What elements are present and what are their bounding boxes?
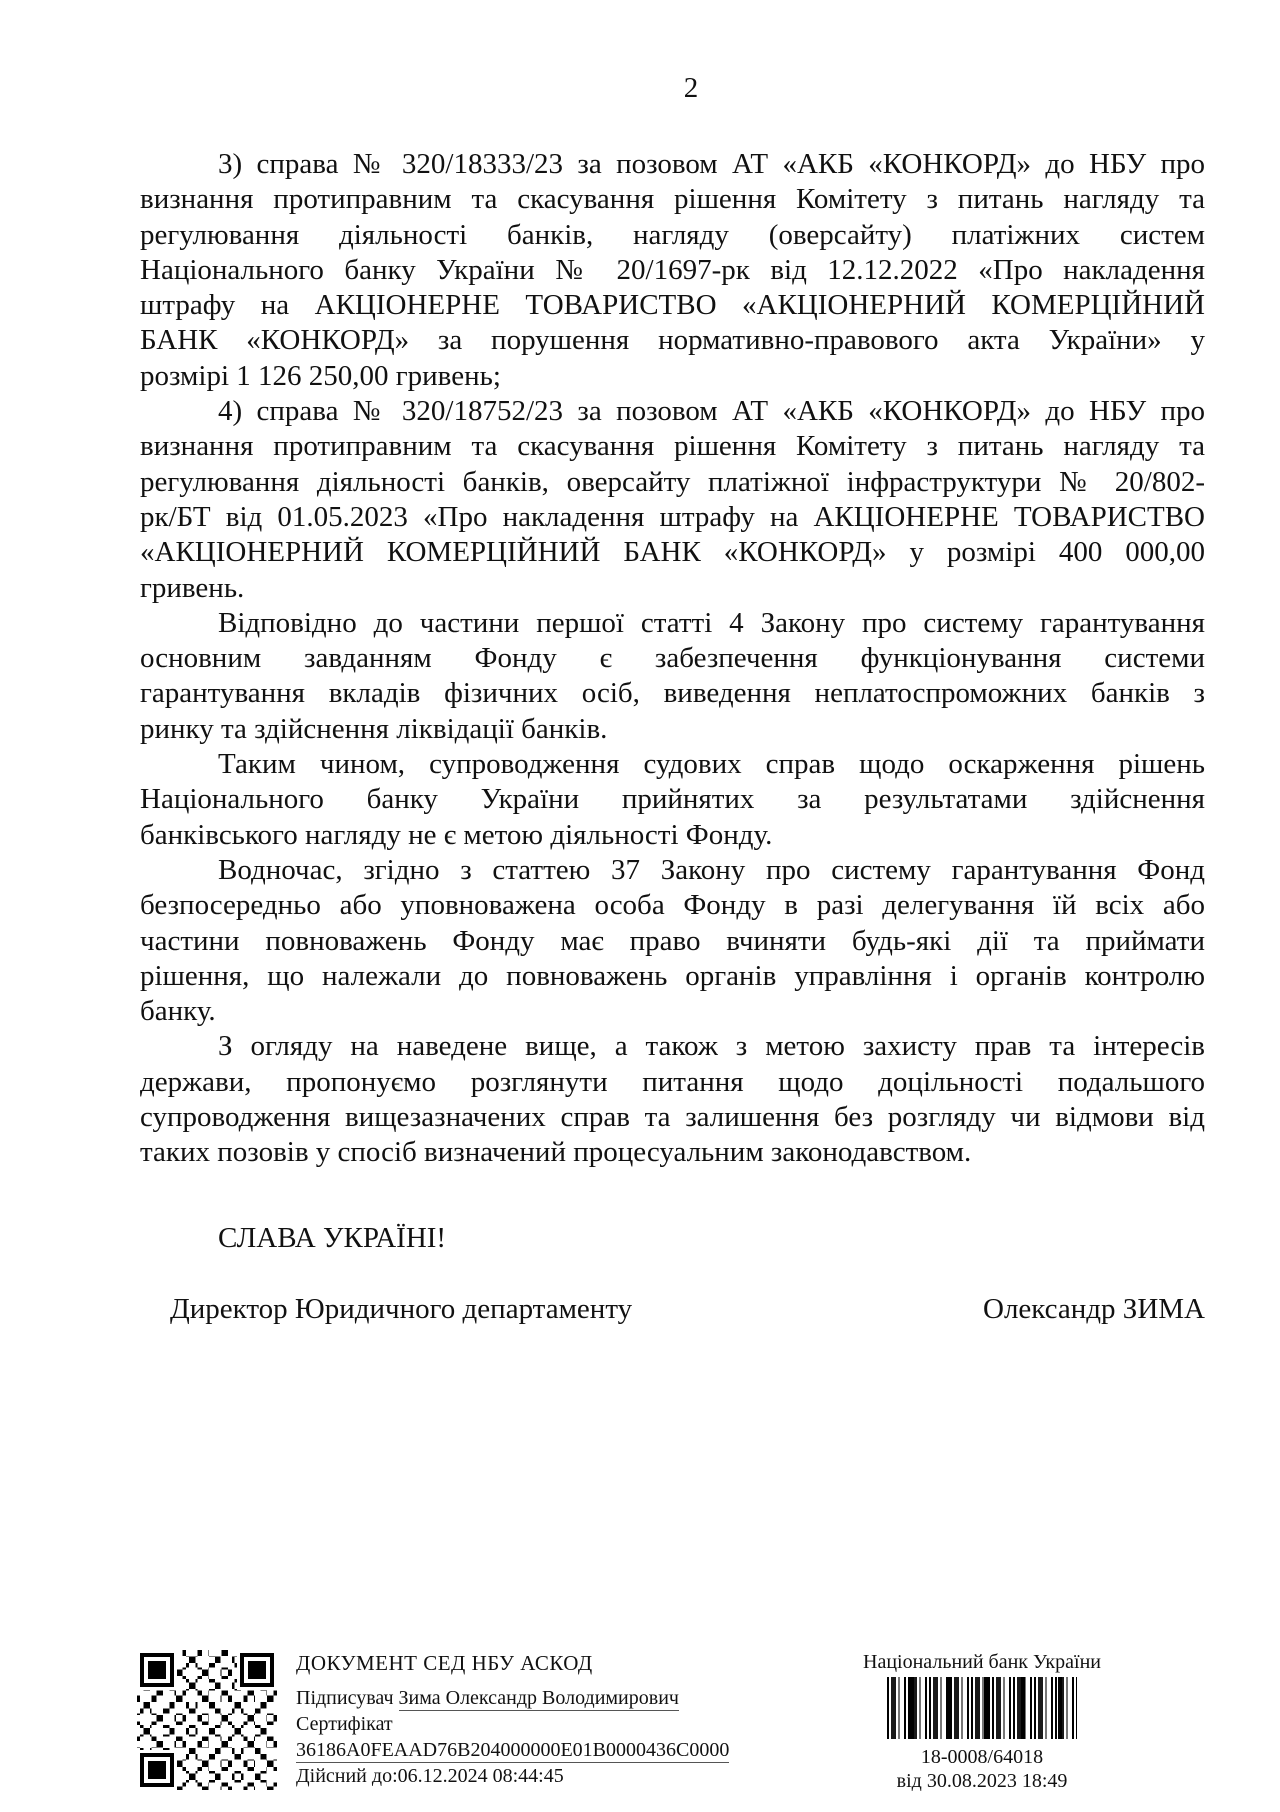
signer-name: Олександр ЗИМА [983,1292,1205,1326]
registration-date-label: від [897,1770,922,1792]
document-page: 2 3) справа № 320/18333/23 за позовом АТ… [0,0,1280,1812]
page-number: 2 [661,72,721,104]
validity-value: 06.12.2024 08:44:45 [398,1765,564,1787]
text-line: основним завданням Фонду є забезпечення … [140,641,1205,676]
registration-date-line: від 30.08.2023 18:49 [852,1769,1112,1793]
text-line: БАНК «КОНКОРД» за порушення нормативно-п… [140,323,1205,358]
signature-block: Директор Юридичного департаменту Олексан… [140,1292,1205,1326]
text-line: Національного банку України № 20/1697-рк… [140,253,1205,288]
text-line: регулювання діяльності банків, оверсайту… [140,465,1205,500]
certificate-value: 36186A0FEAAD76B204000000E01B0000436C0000 [296,1739,729,1763]
qr-finder-icon [140,1653,174,1687]
stamp-signer-line: Підписувач Зима Олександр Володимирович [296,1685,776,1711]
text-line: Водночас, згідно з статтею 37 Закону про… [140,853,1205,888]
text-line: Національного банку України прийнятих за… [140,782,1205,817]
validity-label: Дійсний до: [296,1765,398,1787]
stamp-certificate-line: Сертифікат 36186A0FEAAD76B204000000E01B0… [296,1711,776,1763]
text-line: рішення, що належали до повноважень орга… [140,959,1205,994]
signer-position: Директор Юридичного департаменту [140,1292,632,1326]
text-line: Таким чином, супроводження судових справ… [140,747,1205,782]
text-line: супроводження вищезазначених справ та за… [140,1100,1205,1135]
text-line: гривень. [140,571,1205,606]
signer-label: Підписувач [296,1687,394,1709]
certificate-label: Сертифікат [296,1713,393,1735]
text-line: «АКЦІОНЕРНИЙ КОМЕРЦІЙНИЙ БАНК «КОНКОРД» … [140,535,1205,570]
digital-signature-stamp: ДОКУМЕНТ СЕД НБУ АСКОД Підписувач Зима О… [296,1650,776,1789]
qr-finder-icon [240,1653,274,1687]
paragraph: 4) справа № 320/18752/23 за позовом АТ «… [140,394,1205,606]
signer-value: Зима Олександр Володимирович [399,1687,679,1711]
text-line: безпосередньо або уповноважена особа Фон… [140,888,1205,923]
text-line: частини повноважень Фонду має право вчин… [140,924,1205,959]
text-line: гарантування вкладів фізичних осіб, виве… [140,676,1205,711]
paragraph: 3) справа № 320/18333/23 за позовом АТ «… [140,147,1205,394]
stamp-title: ДОКУМЕНТ СЕД НБУ АСКОД [296,1650,776,1676]
stamp-validity-line: Дійсний до:06.12.2024 08:44:45 [296,1763,776,1789]
paragraph: З огляду на наведене вище, а також з мет… [140,1029,1205,1170]
slava-ukraini-line: СЛАВА УКРАЇНІ! [218,1221,446,1255]
registration-org: Національний банк України [852,1650,1112,1674]
text-line: Відповідно до частини першої статті 4 За… [140,606,1205,641]
text-line: банківського нагляду не є метою діяльнос… [140,818,1205,853]
barcode [887,1677,1077,1739]
text-line: банку. [140,994,1205,1029]
text-line: визнання протиправним та скасування ріше… [140,182,1205,217]
qr-finder-icon [140,1753,174,1787]
registration-number: 18-0008/64018 [852,1745,1112,1769]
text-line: держави, пропонуємо розглянути питання щ… [140,1065,1205,1100]
registration-date: 30.08.2023 18:49 [927,1770,1068,1792]
text-line: розмірі 1 126 250,00 гривень; [140,359,1205,394]
text-line: визнання протиправним та скасування ріше… [140,429,1205,464]
text-line: регулювання діяльності банків, нагляду (… [140,218,1205,253]
text-line: штрафу на АКЦІОНЕРНЕ ТОВАРИСТВО «АКЦІОНЕ… [140,288,1205,323]
document-body: 3) справа № 320/18333/23 за позовом АТ «… [140,147,1205,1171]
text-line: З огляду на наведене вище, а також з мет… [140,1029,1205,1064]
paragraph: Відповідно до частини першої статті 4 За… [140,606,1205,747]
qr-code [137,1650,277,1790]
text-line: ринку та здійснення ліквідації банків. [140,712,1205,747]
text-line: 4) справа № 320/18752/23 за позовом АТ «… [140,394,1205,429]
paragraph: Водночас, згідно з статтею 37 Закону про… [140,853,1205,1029]
text-line: таких позовів у спосіб визначений процес… [140,1135,1205,1170]
text-line: рк/БТ від 01.05.2023 «Про накладення штр… [140,500,1205,535]
paragraph: Таким чином, супроводження судових справ… [140,747,1205,853]
text-line: 3) справа № 320/18333/23 за позовом АТ «… [140,147,1205,182]
registration-stamp: Національний банк України 18-0008/64018 … [852,1650,1112,1793]
